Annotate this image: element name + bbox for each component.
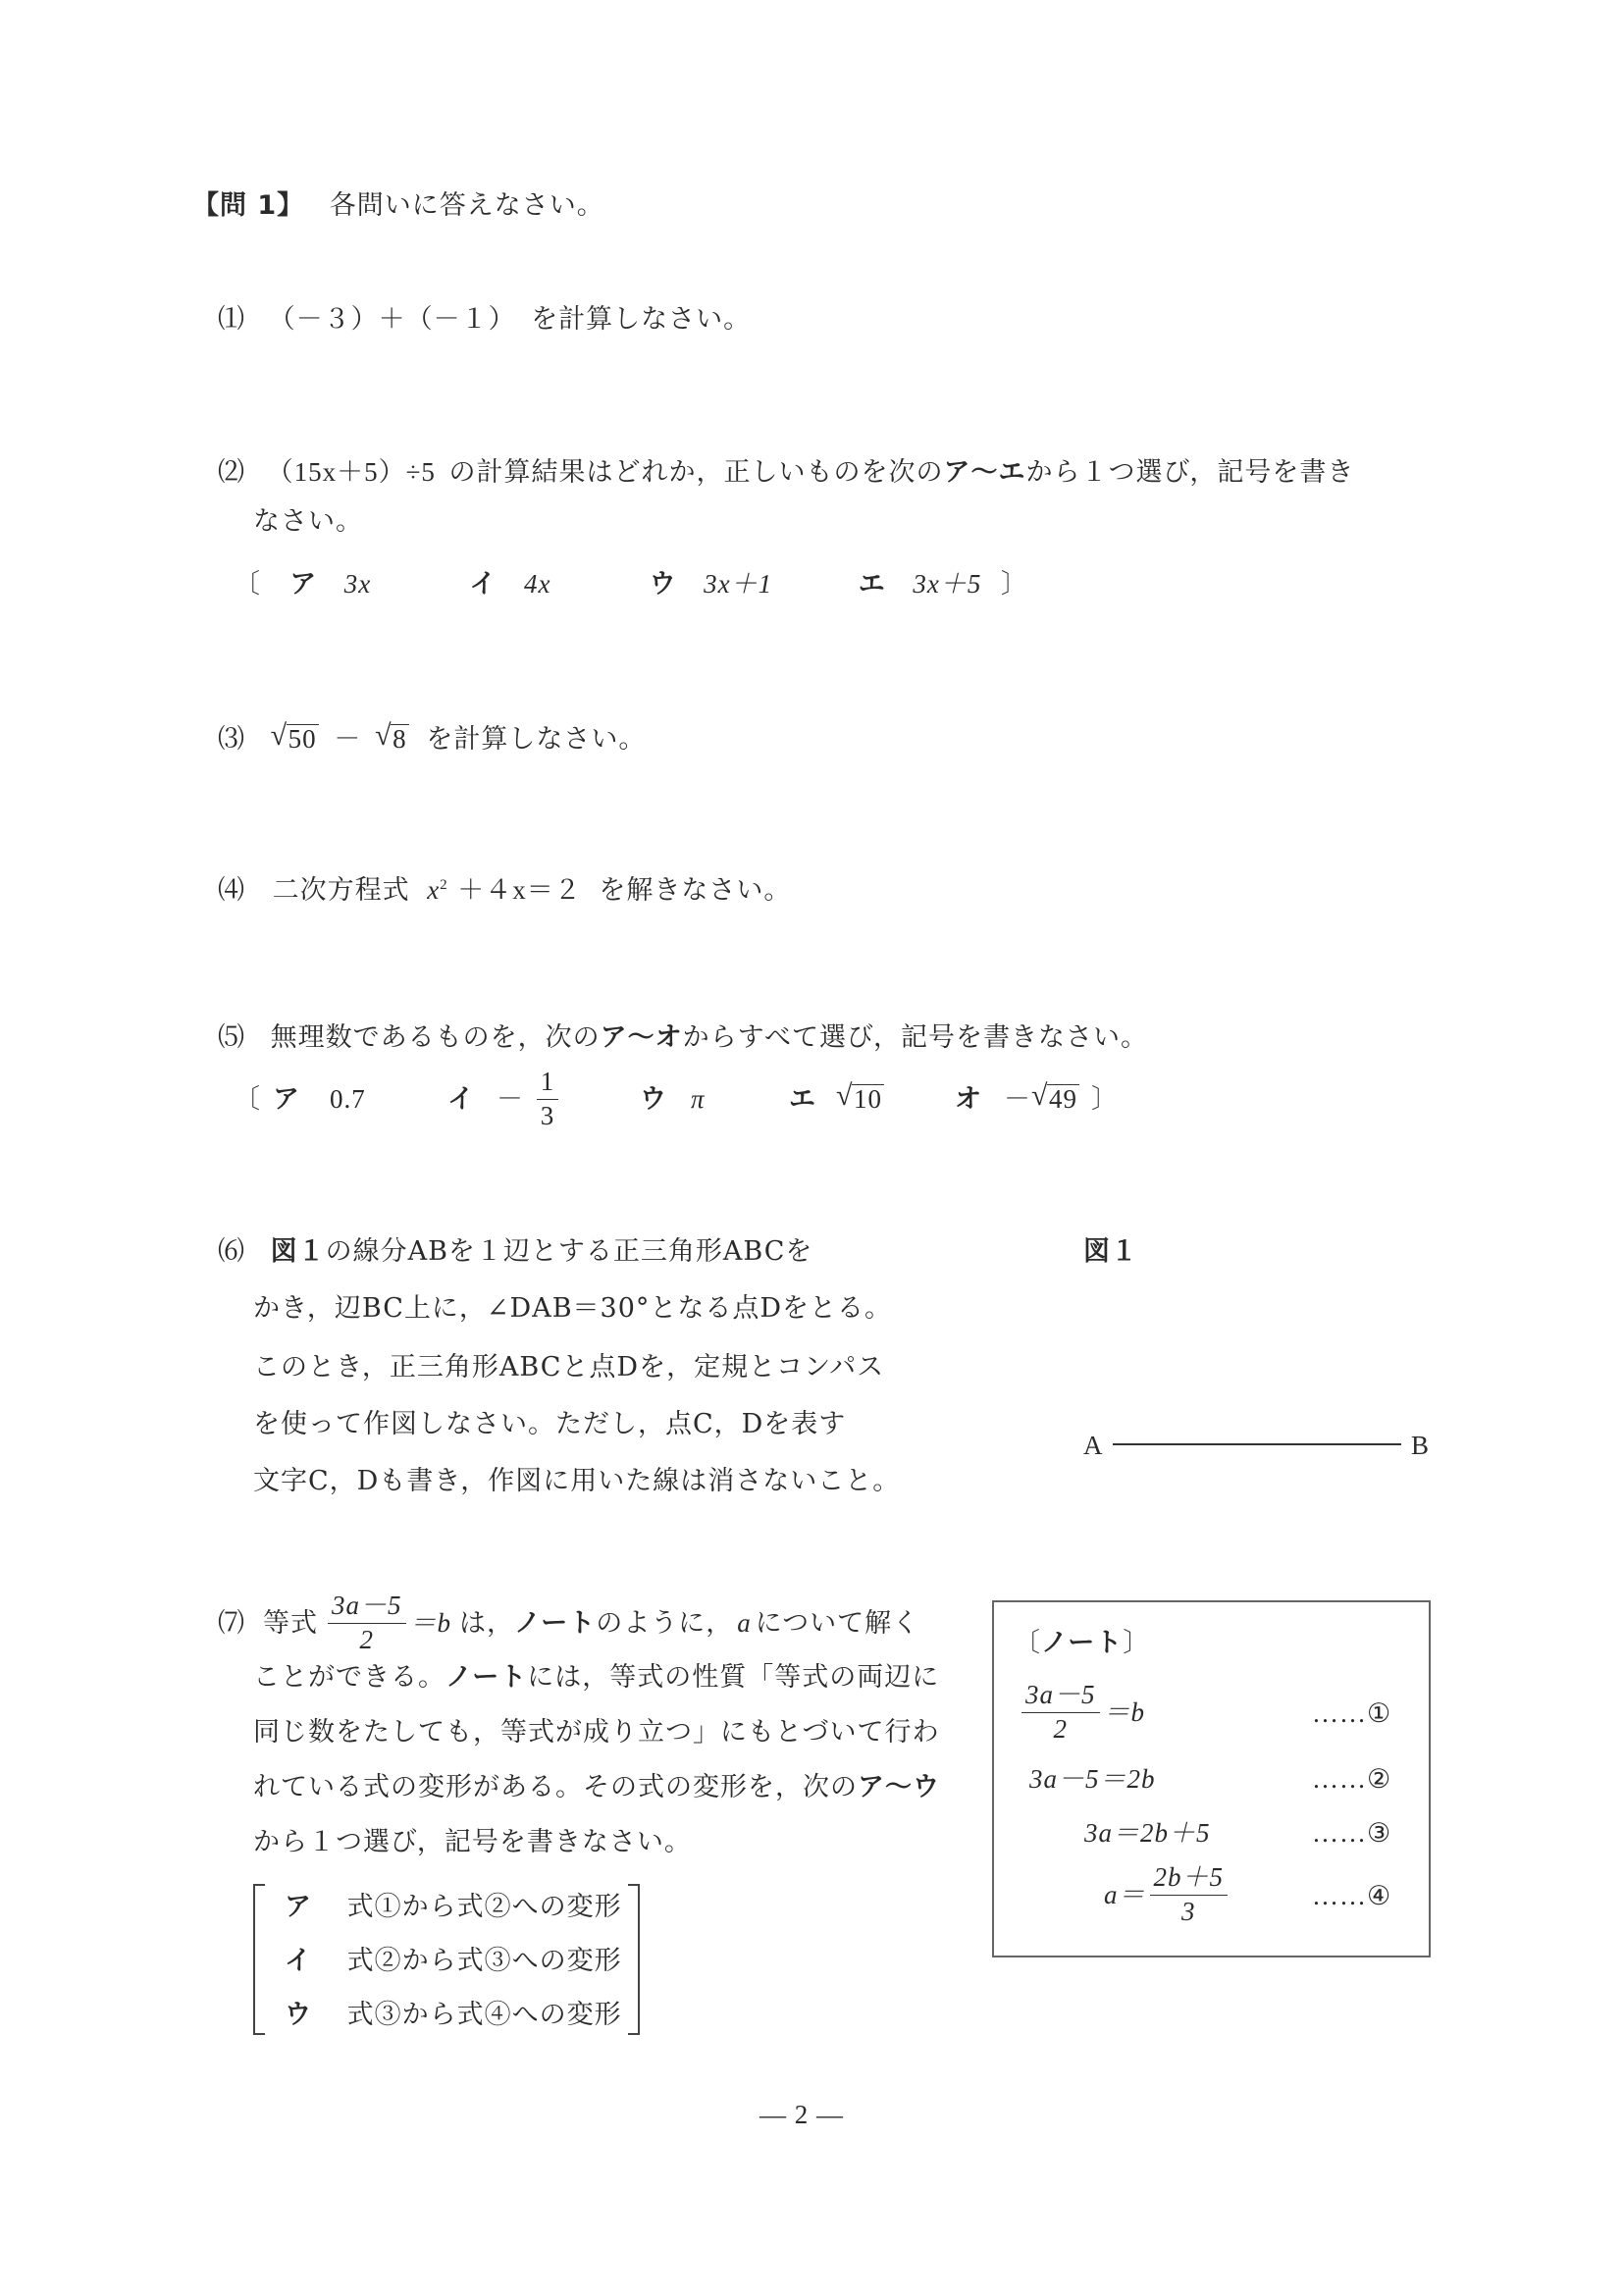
question-number: ⑷ — [218, 875, 245, 906]
problem-header: 【問 1】 各問いに答えなさい。 — [192, 192, 604, 219]
note-equation-3: 3a＝2b＋5 — [1084, 1820, 1211, 1847]
q7-text: について解く — [756, 1610, 919, 1637]
note-title: 〔ノート〕 — [1014, 1630, 1150, 1656]
choice-label: ウ — [285, 2000, 312, 2030]
question-number: ⑵ — [218, 457, 245, 488]
question-1: ⑴ （－３）＋（－１） を計算しなさい。 — [218, 306, 751, 333]
q7-text: には，等式の性質「等式の両辺に — [527, 1662, 939, 1693]
q6-line: かき，辺BC上に，∠DAB＝30°となる点Dをとる。 — [253, 1295, 892, 1322]
q4-text: を解きなさい。 — [599, 875, 791, 906]
choice-value: 式①から式②への変形 — [347, 1892, 622, 1922]
q7-line-4: れている式の変形がある。その式の変形を，次のア～ウ — [253, 1774, 940, 1800]
q7-line-2: ことができる。ノートには，等式の性質「等式の両辺に — [253, 1664, 939, 1691]
q4-prefix: 二次方程式 — [273, 875, 410, 906]
note-tag-4: ……④ — [1312, 1883, 1391, 1909]
bracket-close: 〕 — [1091, 1086, 1119, 1113]
bracket-close — [628, 1884, 640, 2035]
bracket-open — [253, 1884, 265, 2035]
figure-reference: 図１ — [271, 1236, 326, 1267]
q2-text-b: から１つ選び，記号を書き — [1026, 457, 1355, 488]
choice-label: ウ — [650, 569, 677, 600]
minus-sign: － — [497, 1086, 524, 1113]
q2-choices: 〔 ア 3x イ 4x ウ 3x＋1 エ 3x＋5 〕 — [234, 571, 1028, 598]
minus-sign: － — [1004, 1086, 1031, 1113]
choice-value: 式②から式③への変形 — [347, 1946, 622, 1976]
exponent: 2 — [440, 877, 448, 893]
segment-ab — [1113, 1443, 1401, 1445]
problem-instruction: 各問いに答えなさい。 — [330, 190, 604, 221]
q7-choice: ア 式①から式②への変形 — [285, 1894, 622, 1920]
q7-range: ア～ウ — [858, 1772, 940, 1802]
q7-line-3: 同じ数をたしても，等式が成り立つ」にもとづいて行わ — [253, 1719, 939, 1746]
question-2: ⑵ （15x＋5）÷5 の計算結果はどれか，正しいものを次のア～エから１つ選び，… — [218, 459, 1354, 486]
question-number: ⑹ — [218, 1236, 245, 1267]
fraction-one-third: 13 — [528, 1068, 567, 1130]
question-7: ⑺ 等式 3a－52 ＝b は，ノートのように，aについて解く — [218, 1592, 919, 1654]
q7-prefix: 等式 — [263, 1610, 318, 1637]
sqrt-10: 10 — [838, 1084, 884, 1113]
q2-text-line2: なさい。 — [253, 508, 363, 535]
figure-1-title: 図１ — [1083, 1238, 1138, 1265]
bracket-open: 〔 — [234, 569, 261, 600]
choice-value: 0.7 — [330, 1086, 447, 1113]
q7-text: のように， — [596, 1610, 733, 1637]
note-box: 〔ノート〕 3a－52 ＝b ……① 3a－5＝2b ……② 3a＝2b＋5 …… — [992, 1600, 1431, 1957]
q5-text-b: からすべて選び，記号を書きなさい。 — [683, 1022, 1148, 1053]
choice-value: π — [691, 1086, 789, 1113]
point-a-label: A — [1083, 1433, 1104, 1459]
choice-label: イ — [447, 1086, 475, 1113]
minus-sign: － — [334, 724, 361, 754]
q5-range: ア～オ — [601, 1022, 683, 1053]
q1-text: を計算しなさい。 — [531, 304, 751, 335]
choice-label: イ — [285, 1946, 312, 1976]
choice-label: ア — [285, 1892, 312, 1922]
choice-label: ア — [289, 569, 317, 600]
q7-rhs: ＝b — [410, 1610, 452, 1637]
q2-range: ア～エ — [944, 457, 1026, 488]
question-number: ⑴ — [218, 304, 245, 335]
note-reference: ノート — [445, 1662, 527, 1693]
question-6: ⑹ 図１の線分ABを１辺とする正三角形ABCを — [218, 1238, 812, 1265]
question-5: ⑸ 無理数であるものを，次のア～オからすべて選び，記号を書きなさい。 — [218, 1024, 1148, 1051]
q5-text: 無理数であるものを，次の — [271, 1022, 601, 1053]
choice-label: オ — [955, 1086, 982, 1113]
note-equation-4: a＝ 2b＋53 — [1104, 1863, 1231, 1926]
question-number: ⑶ — [218, 724, 245, 755]
note-tag-3: ……③ — [1312, 1820, 1391, 1847]
q7-text: は， — [459, 1610, 514, 1637]
note-equation-1: 3a－52 ＝b — [1021, 1681, 1145, 1744]
page-number: — 2 — — [759, 2102, 844, 2128]
choice-label: ア — [273, 1086, 300, 1113]
var-a: a — [737, 1610, 752, 1637]
q6-line: を使って作図しなさい。ただし，点C，Dを表す — [253, 1411, 846, 1437]
choice-label: イ — [469, 569, 497, 600]
q7-choice: ウ 式③から式④への変形 — [285, 2002, 622, 2028]
sqrt-8: 8 — [377, 724, 409, 753]
bracket-close: 〕 — [1001, 569, 1028, 600]
q5-choices: 〔 ア 0.7 イ － 13 ウ π エ 10 オ － 49 〕 — [234, 1071, 1119, 1126]
choice-value: 3x＋1 — [704, 571, 849, 598]
sqrt-50: 50 — [273, 724, 319, 753]
question-3: ⑶ 50 － 8 を計算しなさい。 — [218, 724, 646, 753]
q6-line: 文字C，Dも書き，作図に用いた線は消さないこと。 — [253, 1468, 900, 1494]
q2-text: の計算結果はどれか，正しいものを次の — [449, 457, 944, 488]
choice-value: 式③から式④への変形 — [347, 2000, 622, 2030]
choice-label: エ — [859, 569, 886, 600]
q2-expression: （15x＋5）÷5 — [267, 457, 436, 487]
bracket-open: 〔 — [234, 1086, 261, 1113]
q4-equation: ＋４x＝２ — [457, 875, 582, 905]
choice-value: 3x＋5 — [913, 569, 981, 599]
q1-expression: （－３）＋（－１） — [269, 304, 516, 334]
note-reference: ノート — [514, 1610, 596, 1637]
q7-text: れている式の変形がある。その式の変形を，次の — [253, 1772, 858, 1802]
choice-value: 3x — [344, 571, 460, 598]
choice-label: エ — [789, 1086, 816, 1113]
question-number: ⑸ — [218, 1022, 245, 1053]
q6-line: の線分ABを１辺とする正三角形ABCを — [326, 1236, 813, 1267]
note-equation-2: 3a－5＝2b — [1029, 1766, 1156, 1793]
choice-value: 4x — [524, 571, 640, 598]
note-tag-2: ……② — [1312, 1766, 1391, 1793]
choice-label: ウ — [640, 1086, 667, 1113]
question-number: ⑺ — [218, 1610, 245, 1637]
var-x: x — [427, 875, 440, 905]
point-b-label: B — [1411, 1433, 1430, 1459]
note-tag-1: ……① — [1312, 1700, 1391, 1727]
q7-fraction: 3a－52 — [328, 1592, 406, 1654]
q3-text: を計算しなさい。 — [426, 724, 646, 755]
problem-label: 【問 1】 — [192, 190, 304, 221]
q7-text: ことができる。 — [253, 1662, 445, 1693]
q7-choice: イ 式②から式③への変形 — [285, 1948, 622, 1974]
q7-line-5: から１つ選び，記号を書きなさい。 — [253, 1829, 692, 1855]
question-4: ⑷ 二次方程式 x2 ＋４x＝２ を解きなさい。 — [218, 877, 791, 904]
sqrt-49: 49 — [1033, 1084, 1079, 1113]
q6-line: このとき，正三角形ABCと点Dを，定規とコンパス — [253, 1354, 884, 1381]
